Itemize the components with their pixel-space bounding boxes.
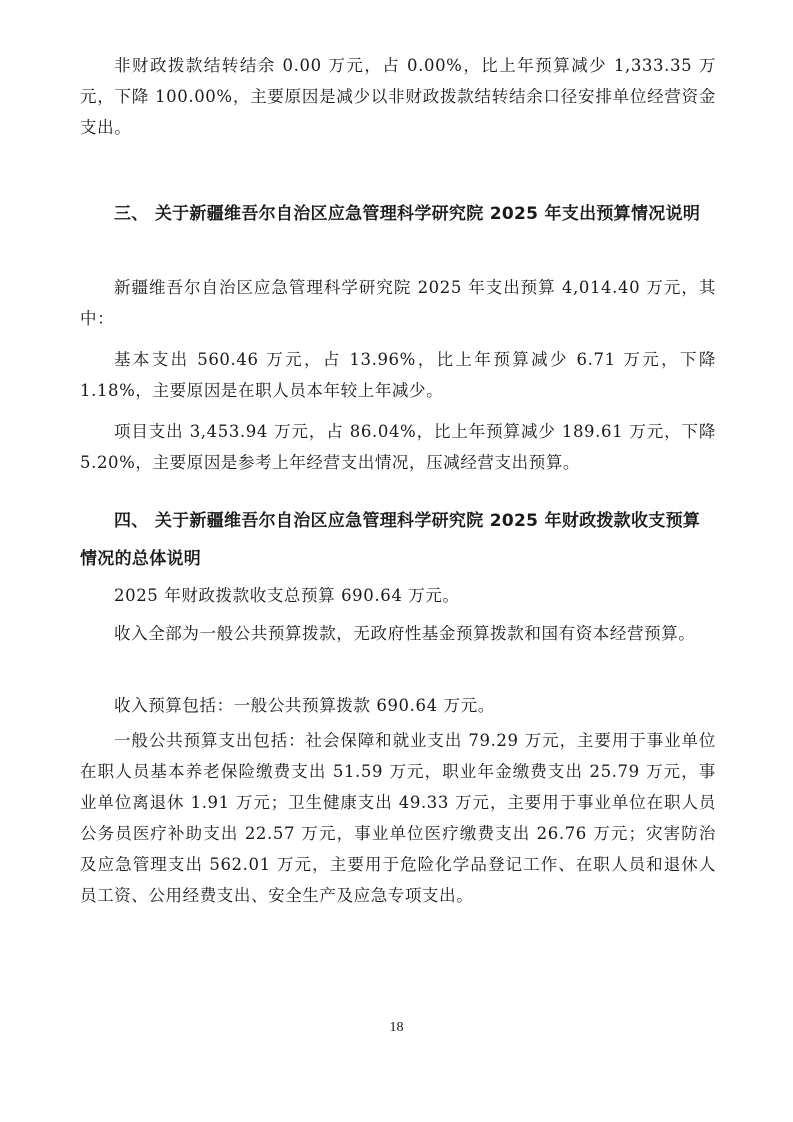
document-page: 非财政拨款结转结余 0.00 万元，占 0.00%，比上年预算减少 1,333.… (0, 0, 793, 1122)
paragraph-general-public-expenditure: 一般公共预算支出包括：社会保障和就业支出 79.29 万元，主要用于事业单位在职… (80, 725, 716, 911)
paragraph-fiscal-total: 2025 年财政拨款收支总预算 690.64 万元。 (80, 580, 716, 611)
paragraph-project-expenditure: 项目支出 3,453.94 万元，占 86.04%，比上年预算减少 189.61… (80, 416, 716, 478)
page-number: 18 (0, 1020, 793, 1036)
paragraph-non-fiscal-carryover: 非财政拨款结转结余 0.00 万元，占 0.00%，比上年预算减少 1,333.… (80, 50, 716, 143)
section-heading-4: 四、 关于新疆维吾尔自治区应急管理科学研究院 2025 年财政拨款收支预算情况的… (80, 502, 716, 578)
section-heading-3: 三、 关于新疆维吾尔自治区应急管理科学研究院 2025 年支出预算情况说明 (80, 195, 716, 233)
paragraph-income-budget: 收入预算包括：一般公共预算拨款 690.64 万元。 (80, 690, 716, 721)
paragraph-basic-expenditure: 基本支出 560.46 万元，占 13.96%，比上年预算减少 6.71 万元，… (80, 344, 716, 406)
paragraph-expenditure-total: 新疆维吾尔自治区应急管理科学研究院 2025 年支出预算 4,014.40 万元… (80, 272, 716, 334)
paragraph-income-source: 收入全部为一般公共预算拨款，无政府性基金预算拨款和国有资本经营预算。 (80, 618, 716, 649)
